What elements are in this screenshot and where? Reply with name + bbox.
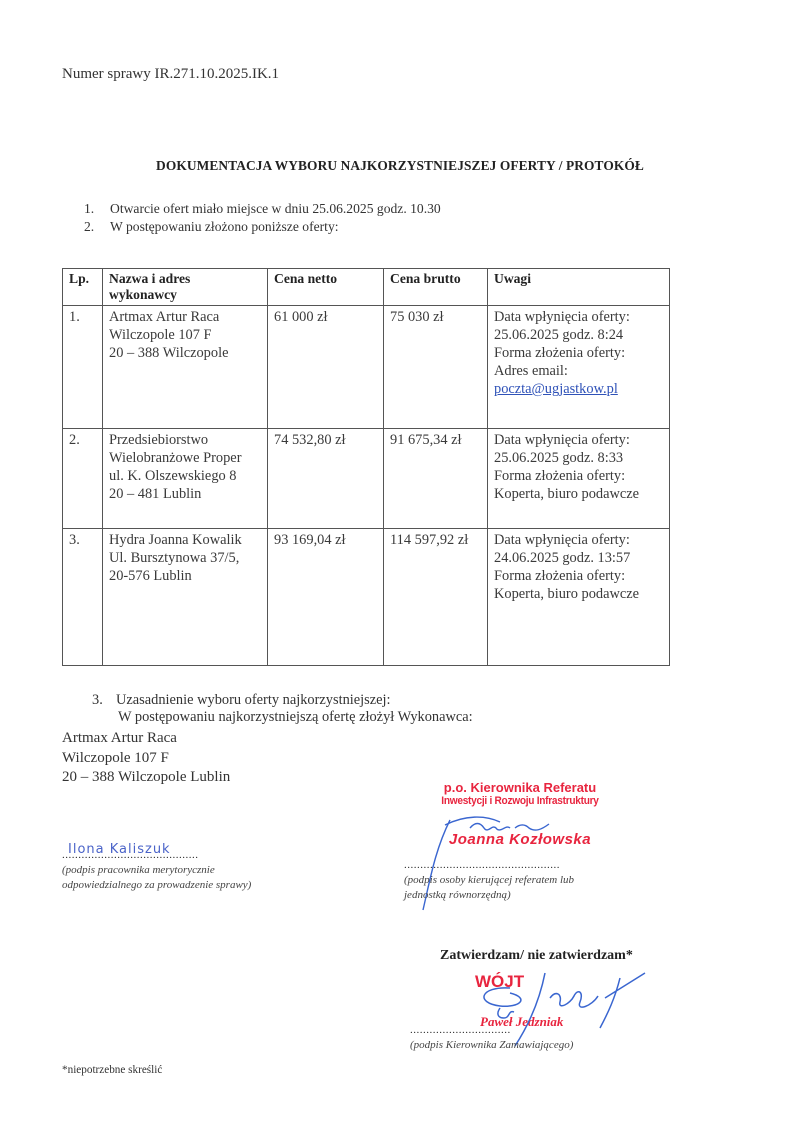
cell-contractor: Hydra Joanna Kowalik Ul. Bursztynowa 37/… xyxy=(103,529,268,666)
notes-line: Forma złożenia oferty: xyxy=(494,567,663,585)
offers-table: Lp. Nazwa i adres wykonawcy Cena netto C… xyxy=(62,268,670,666)
header-net-price: Cena netto xyxy=(268,269,384,306)
employee-signature-block: Ilona Kaliszuk .........................… xyxy=(62,848,251,893)
notes-line: Adres email: xyxy=(494,362,663,380)
point-text: W postępowaniu złożono poniższe oferty: xyxy=(110,218,339,236)
contractor-line: Przedsiebiorstwo xyxy=(109,431,261,449)
signature-line: ........................................… xyxy=(404,858,574,873)
table-row: 3. Hydra Joanna Kowalik Ul. Bursztynowa … xyxy=(63,529,670,666)
notes-line: Data wpłynięcia oferty: xyxy=(494,431,663,449)
cell-net-price: 74 532,80 zł xyxy=(268,429,384,529)
notes-line: Koperta, biuro podawcze xyxy=(494,585,663,603)
signature-caption: (podpis Kierownika Zamawiającego) xyxy=(410,1038,573,1053)
cell-notes: Data wpłynięcia oferty: 25.06.2025 godz.… xyxy=(488,429,670,529)
contractor-line: Artmax Artur Raca xyxy=(109,308,261,326)
cell-notes: Data wpłynięcia oferty: 24.06.2025 godz.… xyxy=(488,529,670,666)
cell-lp: 3. xyxy=(63,529,103,666)
cell-gross-price: 114 597,92 zł xyxy=(384,529,488,666)
cell-gross-price: 75 030 zł xyxy=(384,306,488,429)
cell-contractor: Artmax Artur Raca Wilczopole 107 F 20 – … xyxy=(103,306,268,429)
signature-caption: jednostką równorzędną) xyxy=(404,888,574,903)
winner-address: Artmax Artur Raca Wilczopole 107 F 20 – … xyxy=(62,729,230,788)
notes-line: Data wpłynięcia oferty: xyxy=(494,308,663,326)
case-number: Numer sprawy IR.271.10.2025.IK.1 xyxy=(62,66,279,83)
stamp-line: p.o. Kierownika Referatu xyxy=(402,780,638,795)
notes-line: Koperta, biuro podawcze xyxy=(494,485,663,503)
cell-contractor: Przedsiebiorstwo Wielobranżowe Proper ul… xyxy=(103,429,268,529)
signature-line: ............................... xyxy=(410,1023,573,1038)
header-gross-price: Cena brutto xyxy=(384,269,488,306)
contractor-line: Wielobranżowe Proper xyxy=(109,449,261,467)
contractor-line: Ul. Bursztynowa 37/5, xyxy=(109,549,261,567)
point-item: 1. Otwarcie ofert miało miejsce w dniu 2… xyxy=(84,200,441,218)
justification-number: 3. xyxy=(92,692,116,709)
approval-label: Zatwierdzam/ nie zatwierdzam* xyxy=(440,948,633,964)
footnote: *niepotrzebne skreślić xyxy=(62,1064,162,1076)
cell-notes: Data wpłynięcia oferty: 25.06.2025 godz.… xyxy=(488,306,670,429)
notes-line: Forma złożenia oferty: xyxy=(494,344,663,362)
cell-lp: 2. xyxy=(63,429,103,529)
contractor-line: 20-576 Lublin xyxy=(109,567,261,585)
notes-line: 25.06.2025 godz. 8:24 xyxy=(494,326,663,344)
notes-line: 24.06.2025 godz. 13:57 xyxy=(494,549,663,567)
point-number: 1. xyxy=(84,200,110,218)
employee-handwritten-name: Ilona Kaliszuk xyxy=(68,842,171,857)
signature-caption: (podpis osoby kierującej referatem lub xyxy=(404,873,574,888)
header-notes: Uwagi xyxy=(488,269,670,306)
referat-signature-block: ........................................… xyxy=(404,858,574,903)
director-signature-block: ............................... (podpis … xyxy=(410,1023,573,1053)
justification-section: 3.Uzasadnienie wyboru oferty najkorzystn… xyxy=(92,692,473,726)
justification-heading: Uzasadnienie wyboru oferty najkorzystnie… xyxy=(116,692,391,708)
signature-caption: odpowiedzialnego za prowadzenie sprawy) xyxy=(62,878,251,893)
notes-line: Data wpłynięcia oferty: xyxy=(494,531,663,549)
winner-line: Artmax Artur Raca xyxy=(62,729,230,749)
table-row: 2. Przedsiebiorstwo Wielobranżowe Proper… xyxy=(63,429,670,529)
points-list: 1. Otwarcie ofert miało miejsce w dniu 2… xyxy=(84,200,441,236)
email-link[interactable]: poczta@ugjastkow.pl xyxy=(494,380,663,398)
signature-caption: (podpis pracownika merytorycznie xyxy=(62,863,251,878)
header-lp: Lp. xyxy=(63,269,103,306)
table-header-row: Lp. Nazwa i adres wykonawcy Cena netto C… xyxy=(63,269,670,306)
point-item: 2. W postępowaniu złożono poniższe ofert… xyxy=(84,218,441,236)
contractor-line: Hydra Joanna Kowalik xyxy=(109,531,261,549)
table-row: 1. Artmax Artur Raca Wilczopole 107 F 20… xyxy=(63,306,670,429)
winner-line: 20 – 388 Wilczopole Lublin xyxy=(62,768,230,788)
header-contractor: Nazwa i adres wykonawcy xyxy=(103,269,268,306)
point-number: 2. xyxy=(84,218,110,236)
cell-lp: 1. xyxy=(63,306,103,429)
winner-line: Wilczopole 107 F xyxy=(62,749,230,769)
contractor-line: Wilczopole 107 F xyxy=(109,326,261,344)
contractor-line: 20 – 388 Wilczopole xyxy=(109,344,261,362)
justification-sentence: W postępowaniu najkorzystniejszą ofertę … xyxy=(92,709,473,726)
cell-net-price: 93 169,04 zł xyxy=(268,529,384,666)
notes-line: 25.06.2025 godz. 8:33 xyxy=(494,449,663,467)
contractor-line: ul. K. Olszewskiego 8 xyxy=(109,467,261,485)
contractor-line: 20 – 481 Lublin xyxy=(109,485,261,503)
document-title: DOKUMENTACJA WYBORU NAJKORZYSTNIEJSZEJ O… xyxy=(0,158,800,174)
point-text: Otwarcie ofert miało miejsce w dniu 25.0… xyxy=(110,200,441,218)
cell-gross-price: 91 675,34 zł xyxy=(384,429,488,529)
notes-line: Forma złożenia oferty: xyxy=(494,467,663,485)
cell-net-price: 61 000 zł xyxy=(268,306,384,429)
